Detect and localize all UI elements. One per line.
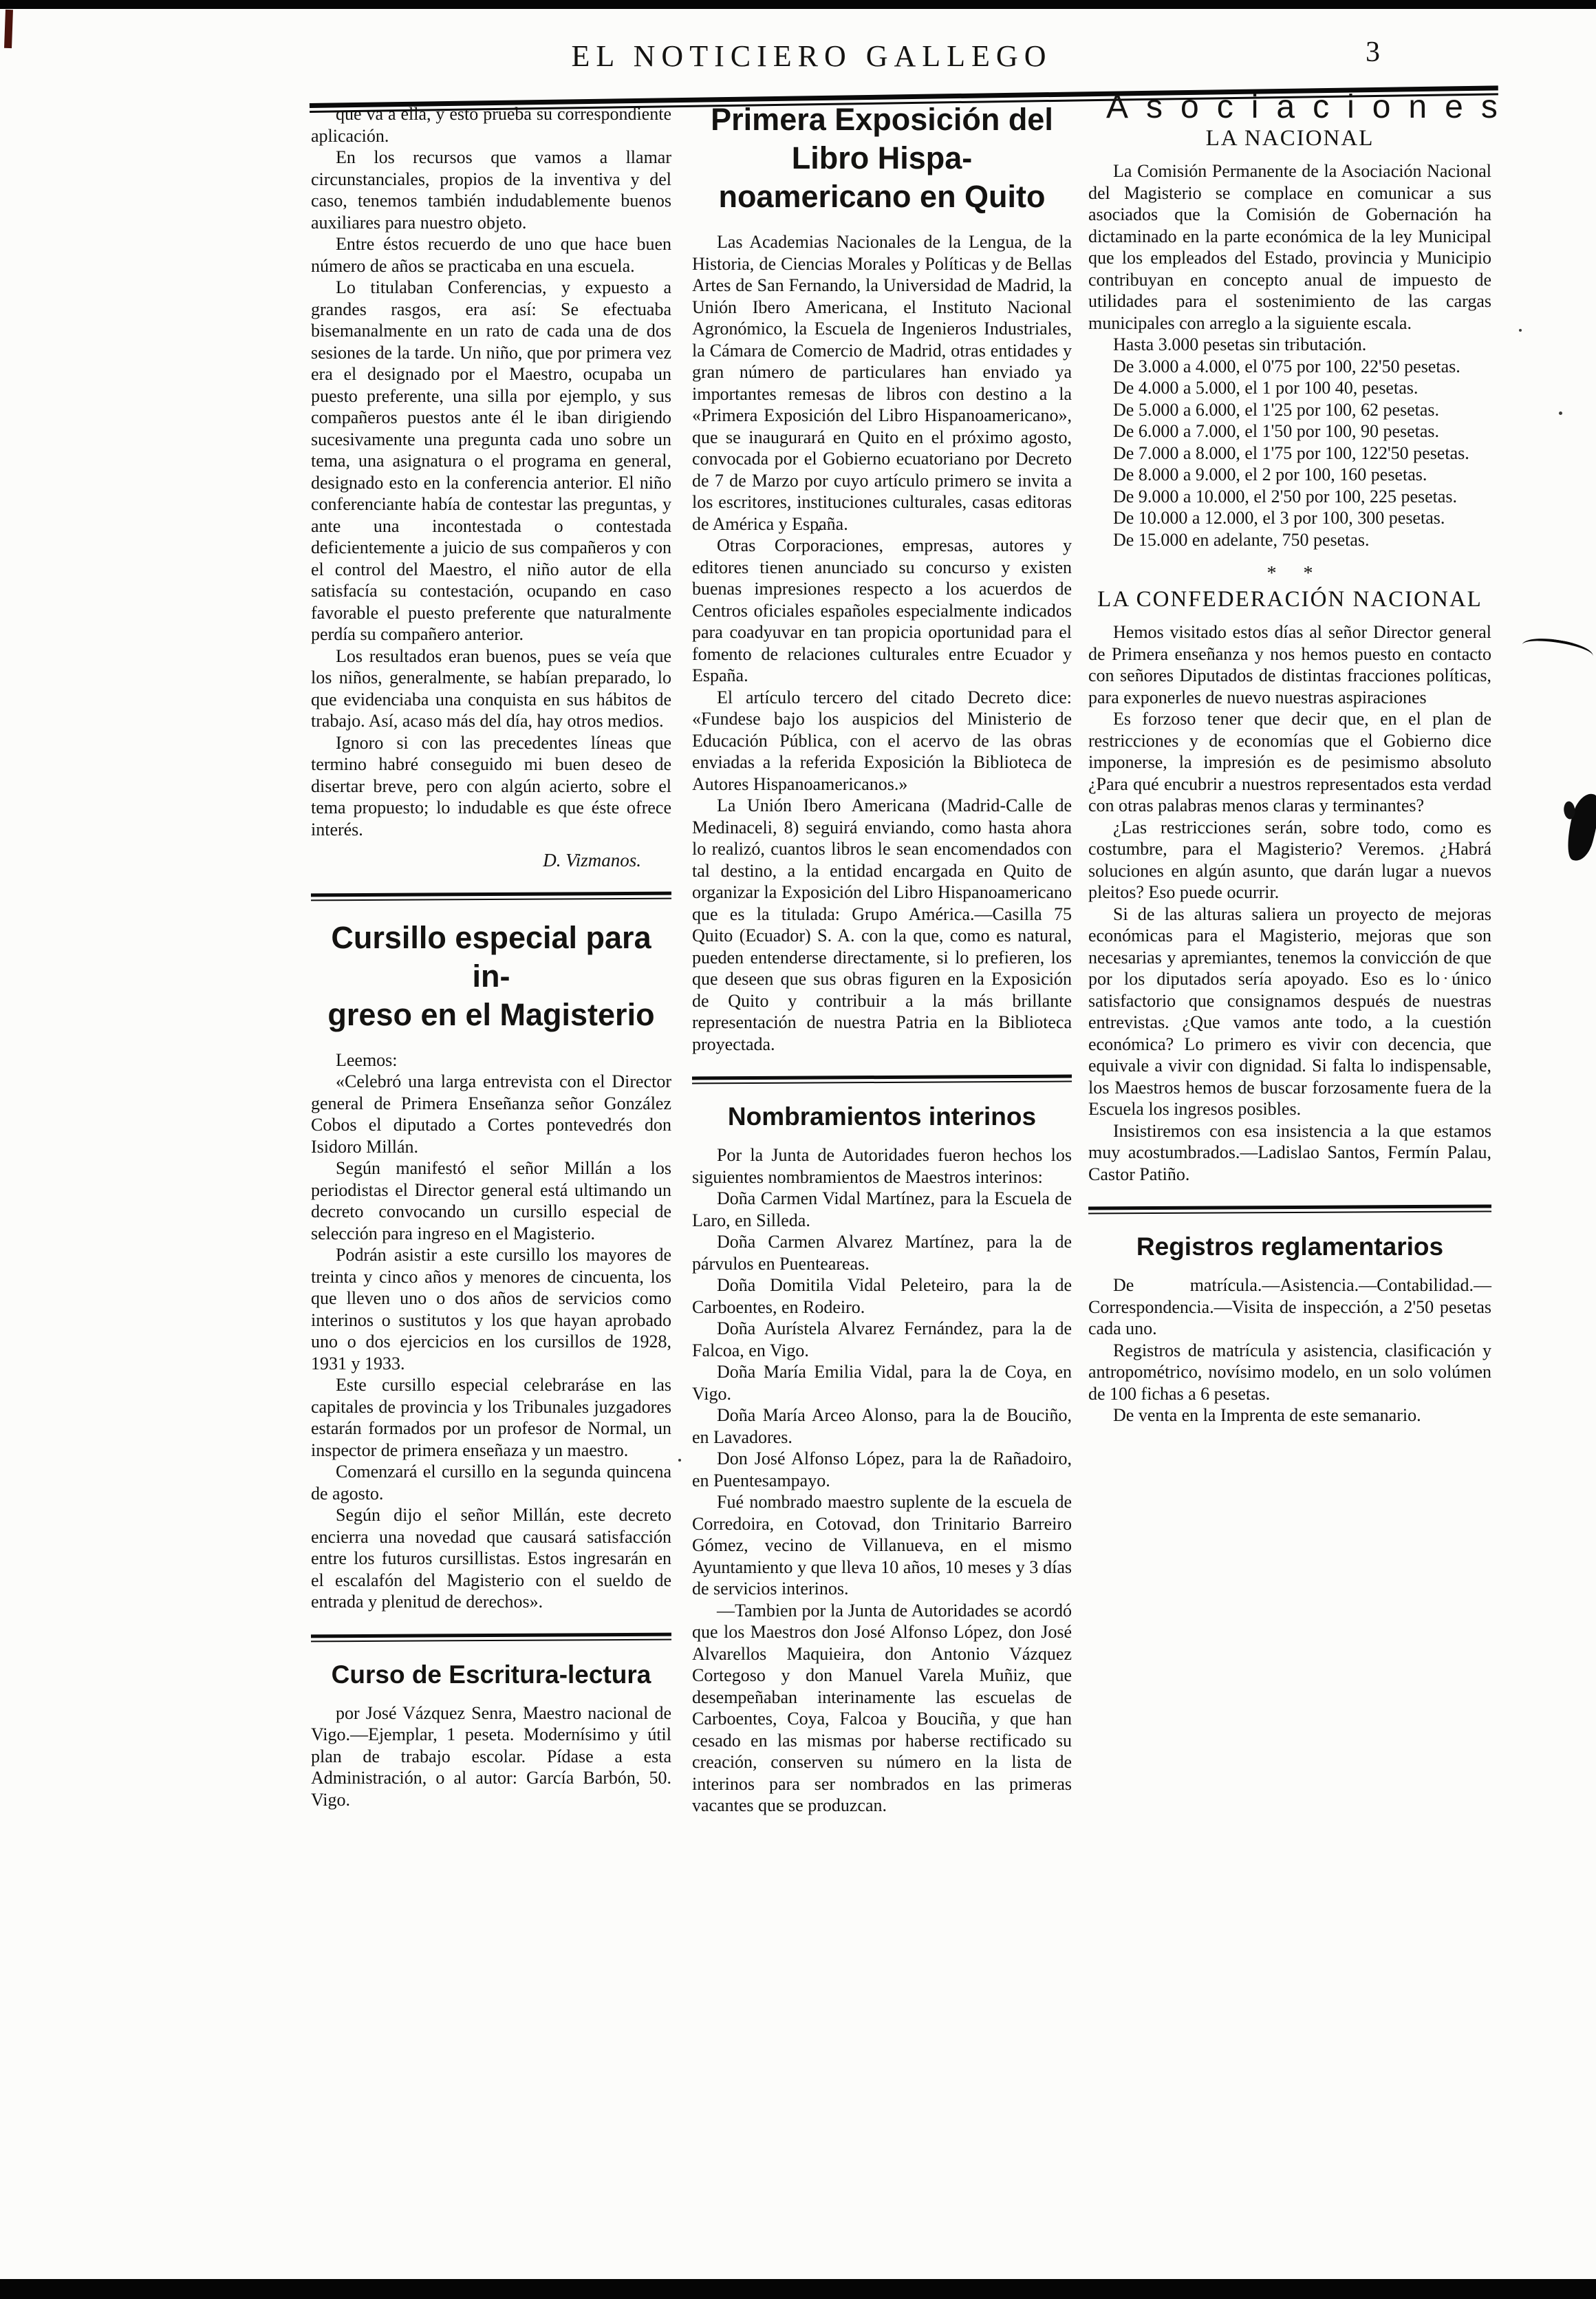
headline-line: noamericano en Quito (692, 178, 1072, 216)
paragraph: Los resultados eran buenos, pues se veía… (311, 645, 671, 732)
paragraph: De matrícula.—Asistencia.—Contabilidad.—… (1088, 1274, 1491, 1340)
paragraph: De 10.000 a 12.000, el 3 por 100, 300 pe… (1088, 507, 1491, 529)
section-divider (1088, 1204, 1491, 1215)
headline-confederacion: LA CONFEDERACIÓN NACIONAL (1088, 589, 1491, 611)
paragraph: Hasta 3.000 pesetas sin tributación. (1088, 334, 1491, 356)
paragraph: Doña Aurístela Alvarez Fernández, para l… (692, 1318, 1072, 1361)
paragraph: Doña María Arceo Alonso, para la de Bouc… (692, 1404, 1072, 1448)
masthead-title: EL NOTICIERO GALLEGO (523, 39, 1101, 74)
headline-curso: Curso de Escritura-lectura (311, 1660, 671, 1690)
headline-asociaciones: Asociaciones (1088, 96, 1491, 118)
article-cursillo: Leemos:«Celebró una larga entrevista con… (311, 1049, 671, 1613)
paragraph: Hemos visitado estos días al señor Direc… (1088, 621, 1491, 708)
paragraph: Leemos: (311, 1049, 671, 1071)
paragraph: Podrán asistir a este cursillo los mayor… (311, 1244, 671, 1374)
paragraph: Doña Domitila Vidal Peleteiro, para la d… (692, 1274, 1072, 1318)
paragraph: Doña Carmen Alvarez Martínez, para la de… (692, 1231, 1072, 1274)
paragraph: De 9.000 a 10.000, el 2'50 por 100, 225 … (1088, 486, 1491, 508)
scan-edge-top (0, 0, 1596, 9)
paragraph: De 7.000 a 8.000, el 1'75 por 100, 122'5… (1088, 442, 1491, 464)
paragraph: La Unión Ibero Americana (Madrid-Calle d… (692, 795, 1072, 1055)
headline-la-nacional: LA NACIONAL (1088, 128, 1491, 150)
headline-exposicion: Primera Exposición del Libro Hispa- noam… (692, 100, 1072, 216)
paragraph: Registros de matrícula y asistencia, cla… (1088, 1340, 1491, 1405)
paragraph: ¿Las restricciones serán, sobre todo, co… (1088, 817, 1491, 903)
paragraph: Las Academias Nacionales de la Lengua, d… (692, 231, 1072, 535)
paragraph: De 6.000 a 7.000, el 1'50 por 100, 90 pe… (1088, 420, 1491, 442)
stars-separator: * * (1088, 563, 1491, 585)
column-2: Primera Exposición del Libro Hispa- noam… (692, 96, 1072, 1817)
scan-edge-bottom (0, 2279, 1596, 2299)
paragraph: De 8.000 a 9.000, el 2 por 100, 160 pese… (1088, 464, 1491, 486)
paragraph: De venta en la Imprenta de este semanari… (1088, 1404, 1491, 1426)
article-nombramientos: Por la Junta de Autoridades fueron hecho… (692, 1144, 1072, 1817)
speck (1519, 329, 1522, 332)
article-exposicion: Las Academias Nacionales de la Lengua, d… (692, 231, 1072, 1055)
speck (1559, 411, 1562, 415)
paragraph: Comenzará el cursillo en la segunda quin… (311, 1461, 671, 1504)
paragraph: La Comisión Permanente de la Asociación … (1088, 160, 1491, 334)
paragraph: Entre éstos recuerdo de uno que hace bue… (311, 233, 671, 277)
article-curso: por José Vázquez Senra, Maestro nacional… (311, 1702, 671, 1811)
paragraph: El artículo tercero del citado Decreto d… (692, 687, 1072, 795)
paragraph: Es forzoso tener que decir que, en el pl… (1088, 708, 1491, 817)
paragraph: Fué nombrado maestro suplente de la escu… (692, 1491, 1072, 1600)
headline-line: greso en el Magisterio (311, 996, 671, 1034)
paragraph: Doña Carmen Vidal Martínez, para la Escu… (692, 1188, 1072, 1231)
ink-stroke (1520, 634, 1594, 666)
ink-smudge (1562, 791, 1596, 864)
paragraph: Ignoro si con las precedentes líneas que… (311, 732, 671, 841)
paragraph: que va a ella, y esto prueba su correspo… (311, 103, 671, 147)
headline-registros: Registros reglamentarios (1088, 1232, 1491, 1262)
section-divider (311, 891, 671, 901)
headline-cursillo: Cursillo especial para in- greso en el M… (311, 919, 671, 1034)
page-number: 3 (1366, 36, 1380, 69)
paragraph: por José Vázquez Senra, Maestro nacional… (311, 1702, 671, 1811)
article-signature: D. Vizmanos. (311, 850, 671, 872)
paragraph: Si de las alturas saliera un proyecto de… (1088, 903, 1491, 1120)
headline-line: Cursillo especial para in- (311, 919, 671, 996)
article-continuation: que va a ella, y esto prueba su correspo… (311, 103, 671, 840)
paragraph: Doña María Emilia Vidal, para la de Coya… (692, 1361, 1072, 1404)
paragraph: De 3.000 a 4.000, el 0'75 por 100, 22'50… (1088, 356, 1491, 378)
paragraph: Este cursillo especial celebraráse en la… (311, 1374, 671, 1461)
speck (678, 1459, 681, 1462)
headline-nombramientos: Nombramientos interinos (692, 1102, 1072, 1132)
paragraph: —Tambien por la Junta de Autoridades se … (692, 1600, 1072, 1817)
paragraph: «Celebró una larga entrevista con el Dir… (311, 1071, 671, 1157)
paragraph: Otras Corporaciones, empresas, autores y… (692, 535, 1072, 687)
paragraph: De 4.000 a 5.000, el 1 por 100 40, peset… (1088, 377, 1491, 399)
newspaper-page: EL NOTICIERO GALLEGO 3 que va a ella, y … (0, 0, 1596, 2299)
column-3: Asociaciones LA NACIONAL La Comisión Per… (1088, 96, 1491, 1426)
section-divider (311, 1632, 671, 1643)
paragraph: De 15.000 en adelante, 750 pesetas. (1088, 529, 1491, 551)
paragraph: Según manifestó el señor Millán a los pe… (311, 1157, 671, 1244)
article-confederacion: Hemos visitado estos días al señor Direc… (1088, 621, 1491, 1185)
section-divider (692, 1075, 1072, 1085)
paragraph: Don José Alfonso López, para la de Rañad… (692, 1448, 1072, 1491)
article-la-nacional: La Comisión Permanente de la Asociación … (1088, 160, 1491, 550)
paragraph: Insistiremos con esa insistencia a la qu… (1088, 1120, 1491, 1186)
headline-line: Primera Exposición del Libro Hispa- (692, 100, 1072, 178)
paragraph: Por la Junta de Autoridades fueron hecho… (692, 1144, 1072, 1188)
column-1: que va a ella, y esto prueba su correspo… (311, 103, 671, 1810)
paragraph: Según dijo el señor Millán, este decreto… (311, 1504, 671, 1613)
scan-red-mark (4, 10, 13, 48)
paragraph: En los recursos que vamos a llamar circu… (311, 147, 671, 233)
paragraph: De 5.000 a 6.000, el 1'25 por 100, 62 pe… (1088, 399, 1491, 421)
paragraph: Lo titulaban Conferencias, y expuesto a … (311, 277, 671, 645)
article-registros: De matrícula.—Asistencia.—Contabilidad.—… (1088, 1274, 1491, 1426)
